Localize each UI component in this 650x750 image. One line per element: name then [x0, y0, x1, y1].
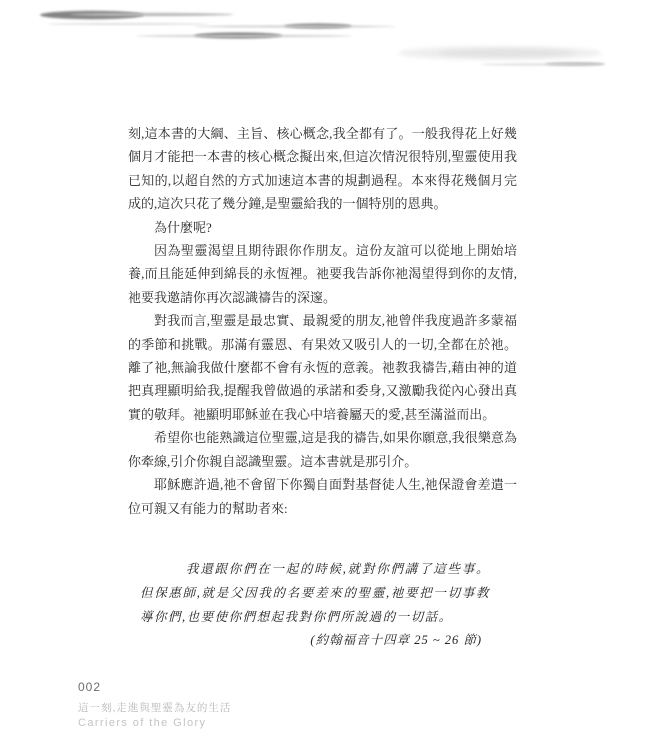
- scripture-citation: (約翰福音十四章 25 ~ 26 節): [140, 629, 490, 653]
- paragraph: 刻,這本書的大綱、主旨、核心概念,我全都有了。一般我得花上好幾個月才能把一本書的…: [128, 122, 517, 216]
- scripture-quote-block: 我還跟你們在一起的時候,就對你們講了這些事。但保惠師,就是父因我的名要差來的聖靈…: [140, 558, 490, 653]
- page-number: 002: [78, 680, 231, 694]
- book-title-chinese: 這一刻,走進與聖靈為友的生活: [78, 702, 231, 715]
- paragraph: 希望你也能熟識這位聖靈,這是我的禱告,如果你願意,我很樂意為你牽線,引介你親自認…: [128, 426, 517, 473]
- brush-stroke-decoration: [0, 0, 650, 85]
- body-text: 刻,這本書的大綱、主旨、核心概念,我全都有了。一般我得花上好幾個月才能把一本書的…: [128, 122, 517, 520]
- scripture-quote-text: 我還跟你們在一起的時候,就對你們講了這些事。但保惠師,就是父因我的名要差來的聖靈…: [140, 558, 490, 629]
- paragraph: 對我而言,聖靈是最忠實、最親愛的朋友,祂曾伴我度過許多蒙福的季節和挑戰。那滿有靈…: [128, 309, 517, 426]
- paragraph: 因為聖靈渴望且期待跟你作朋友。這份友誼可以從地上開始培養,而且能延伸到綿長的永恆…: [128, 239, 517, 309]
- paragraph: 耶穌應許過,祂不會留下你獨自面對基督徒人生,祂保證會差遣一位可親又有能力的幫助者…: [128, 473, 517, 520]
- book-title-english: Carriers of the Glory: [78, 717, 231, 730]
- page-footer: 002 這一刻,走進與聖靈為友的生活 Carriers of the Glory: [78, 680, 231, 730]
- paragraph: 為什麼呢?: [128, 216, 517, 239]
- book-page: 刻,這本書的大綱、主旨、核心概念,我全都有了。一般我得花上好幾個月才能把一本書的…: [0, 0, 650, 750]
